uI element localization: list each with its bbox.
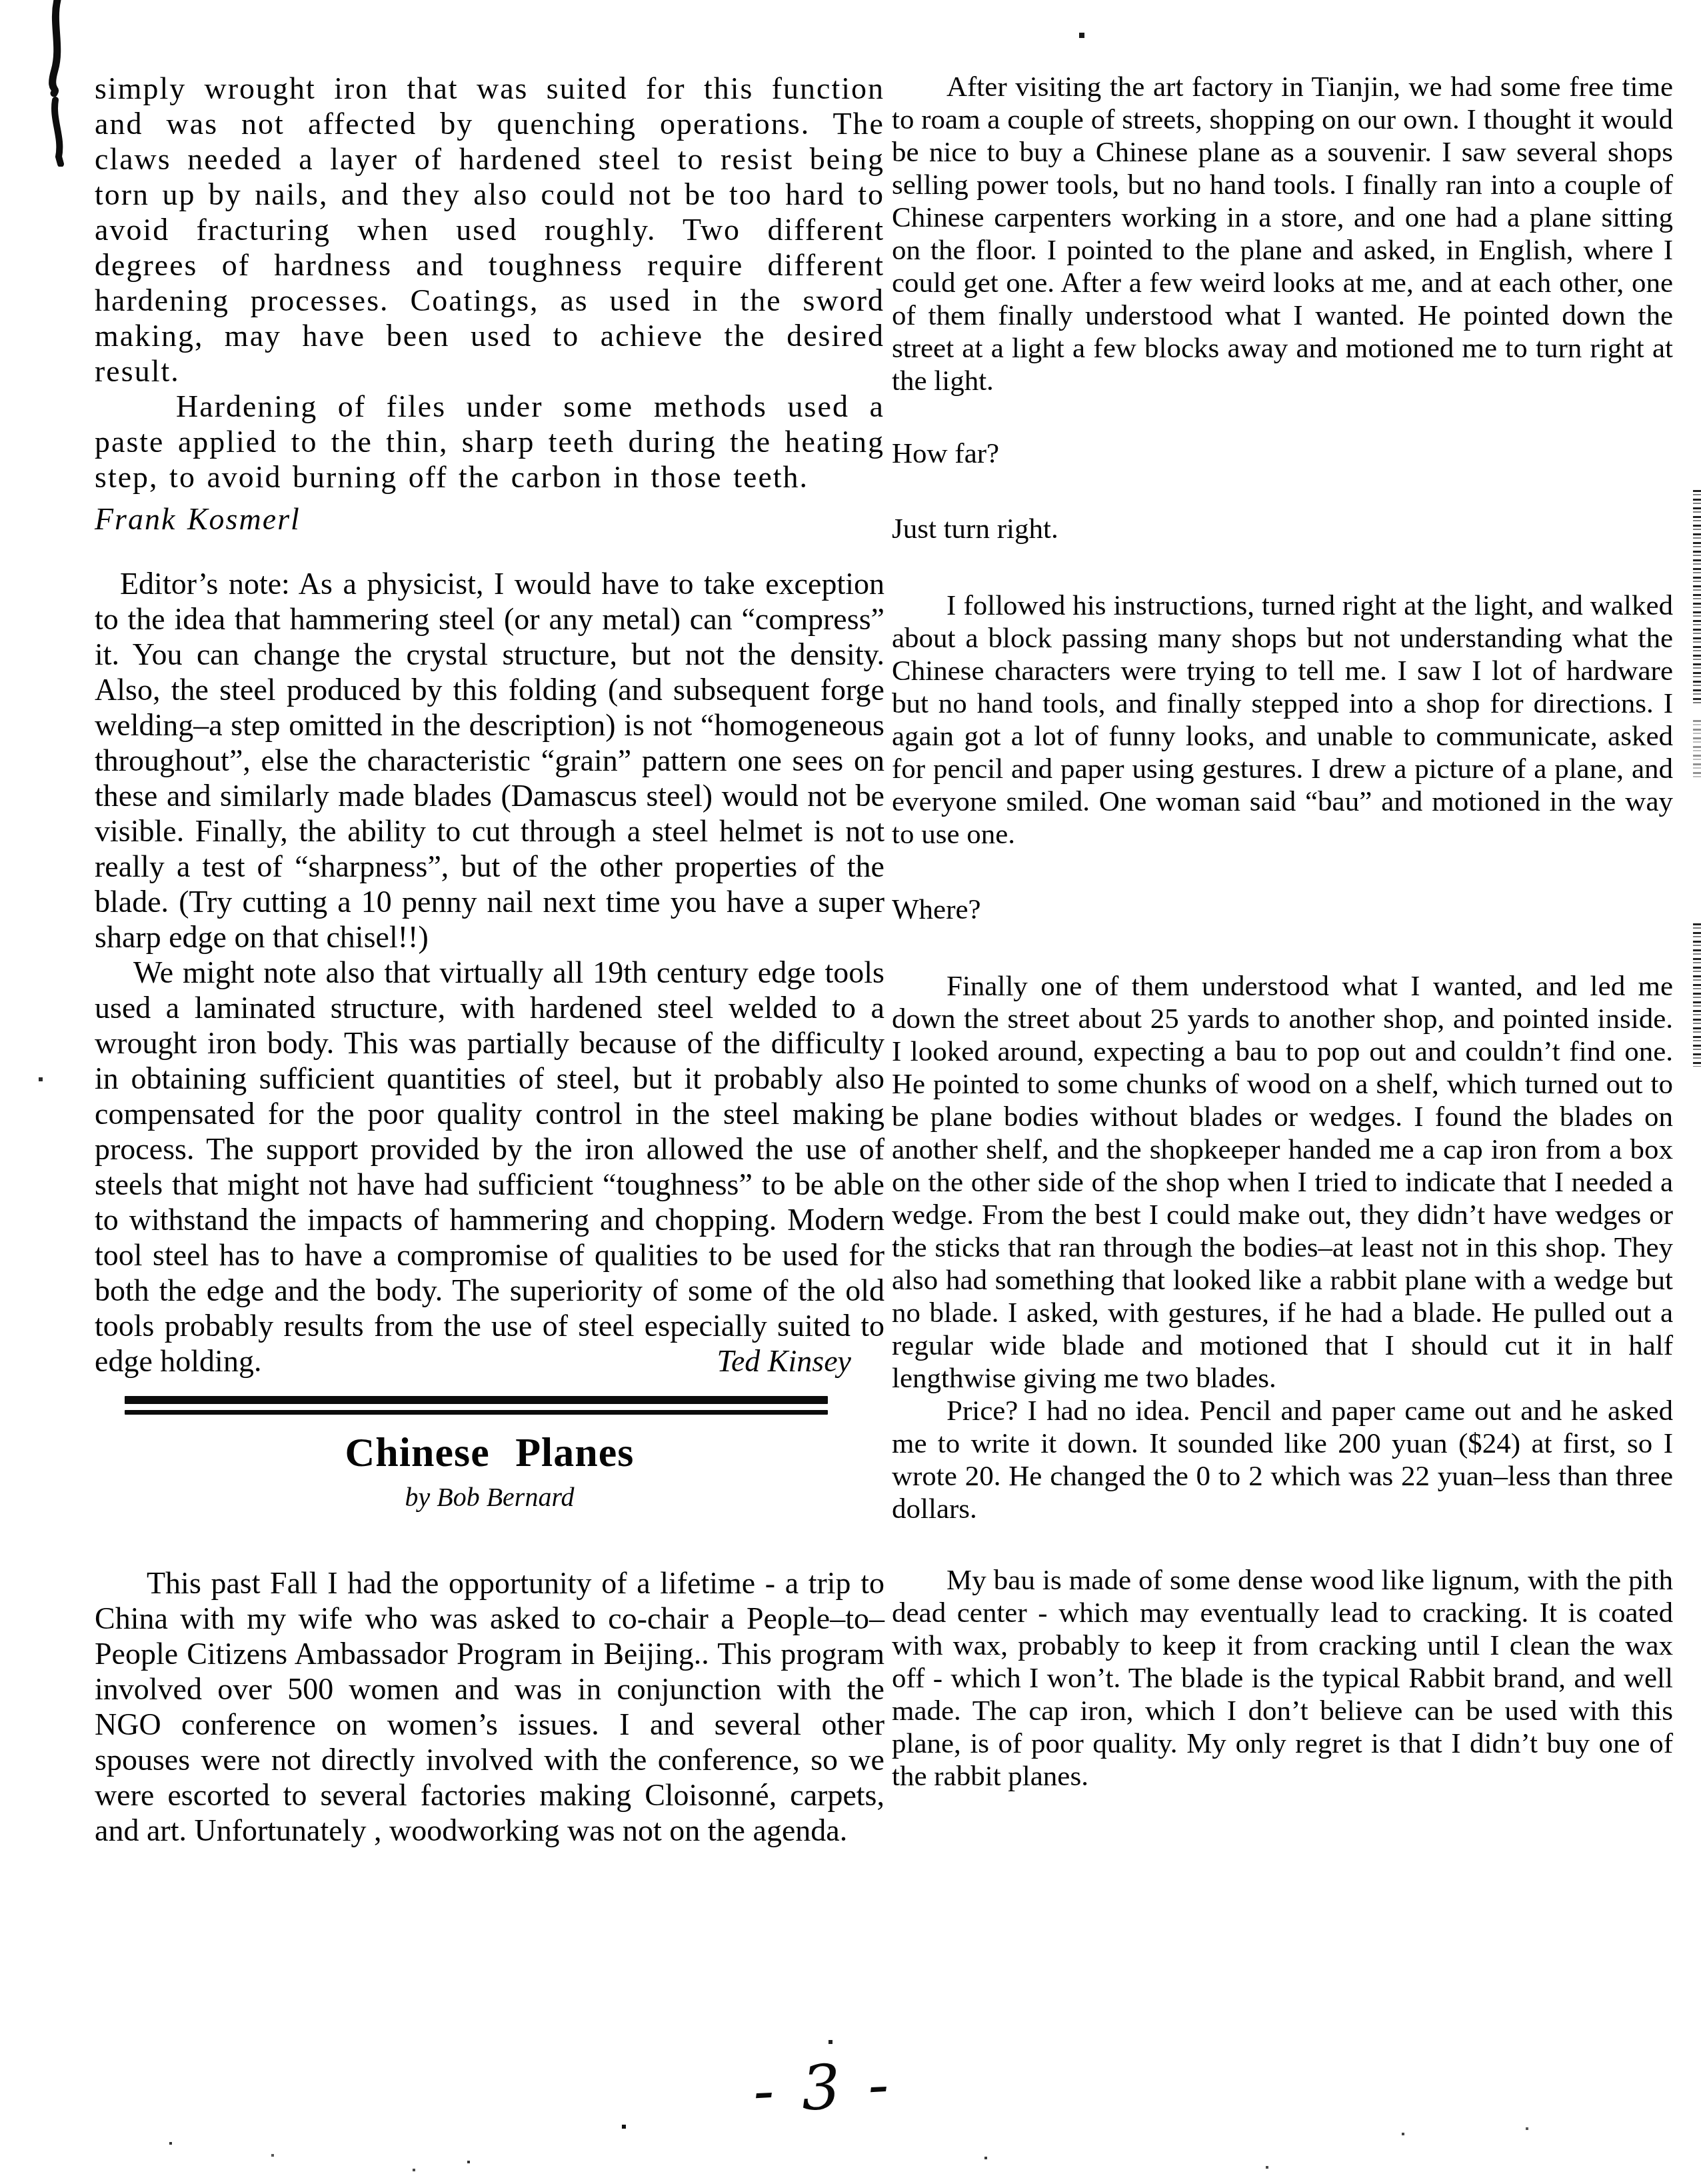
para-laminated-text: We might note also that virtually all 19… xyxy=(95,955,884,1378)
para-tianjin: After visiting the art factory in Tianji… xyxy=(892,71,1673,397)
scan-ink-mark xyxy=(32,0,85,167)
right-column: After visiting the art factory in Tianji… xyxy=(892,71,1673,1793)
article-title: Chinese Planes xyxy=(95,1429,884,1476)
left-column: simply wrought iron that was suited for … xyxy=(95,71,884,1848)
scan-noise-band xyxy=(1693,720,1701,780)
signature-ted-kinsey: Ted Kinsey xyxy=(679,1343,851,1379)
scan-noise-band xyxy=(1693,923,1701,1067)
scanned-newsletter-page: { "page": { "footer_page_number": "- 3 -… xyxy=(0,0,1701,2184)
para-hardening-of-files: Hardening of files under some methods us… xyxy=(95,389,884,495)
article-iron-continued: simply wrought iron that was suited for … xyxy=(95,71,884,537)
line-where: Where? xyxy=(892,893,1673,926)
divider-rule-bottom xyxy=(125,1410,828,1415)
para-iron-continuation: simply wrought iron that was suited for … xyxy=(95,71,884,389)
para-followed-instructions: I followed his instructions, turned righ… xyxy=(892,589,1673,851)
line-just-turn-right: Just turn right. xyxy=(892,513,1673,545)
line-how-far: How far? xyxy=(892,437,1673,470)
para-editors-note: Editor’s note: As a physicist, I would h… xyxy=(95,566,884,955)
signature-frank-kosmerl: Frank Kosmerl xyxy=(95,501,884,537)
para-my-bau: My bau is made of some dense wood like l… xyxy=(892,1564,1673,1793)
para-laminated-structure: We might note also that virtually all 19… xyxy=(95,955,884,1379)
para-finally-understood: Finally one of them understood what I wa… xyxy=(892,970,1673,1395)
para-price: Price? I had no idea. Pencil and paper c… xyxy=(892,1395,1673,1525)
article-byline: by Bob Bernard xyxy=(95,1481,884,1513)
section-divider-double-rule xyxy=(125,1396,828,1415)
scan-noise-band xyxy=(1693,490,1701,707)
editors-note-section: Editor’s note: As a physicist, I would h… xyxy=(95,566,884,1379)
para-planes-intro: This past Fall I had the opportunity of … xyxy=(95,1565,884,1848)
page-number: - 3 - xyxy=(751,2049,894,2127)
divider-rule-top xyxy=(125,1396,828,1404)
article-chinese-planes: Chinese Planes by Bob Bernard This past … xyxy=(95,1429,884,1848)
scan-speckles xyxy=(0,0,1,1)
